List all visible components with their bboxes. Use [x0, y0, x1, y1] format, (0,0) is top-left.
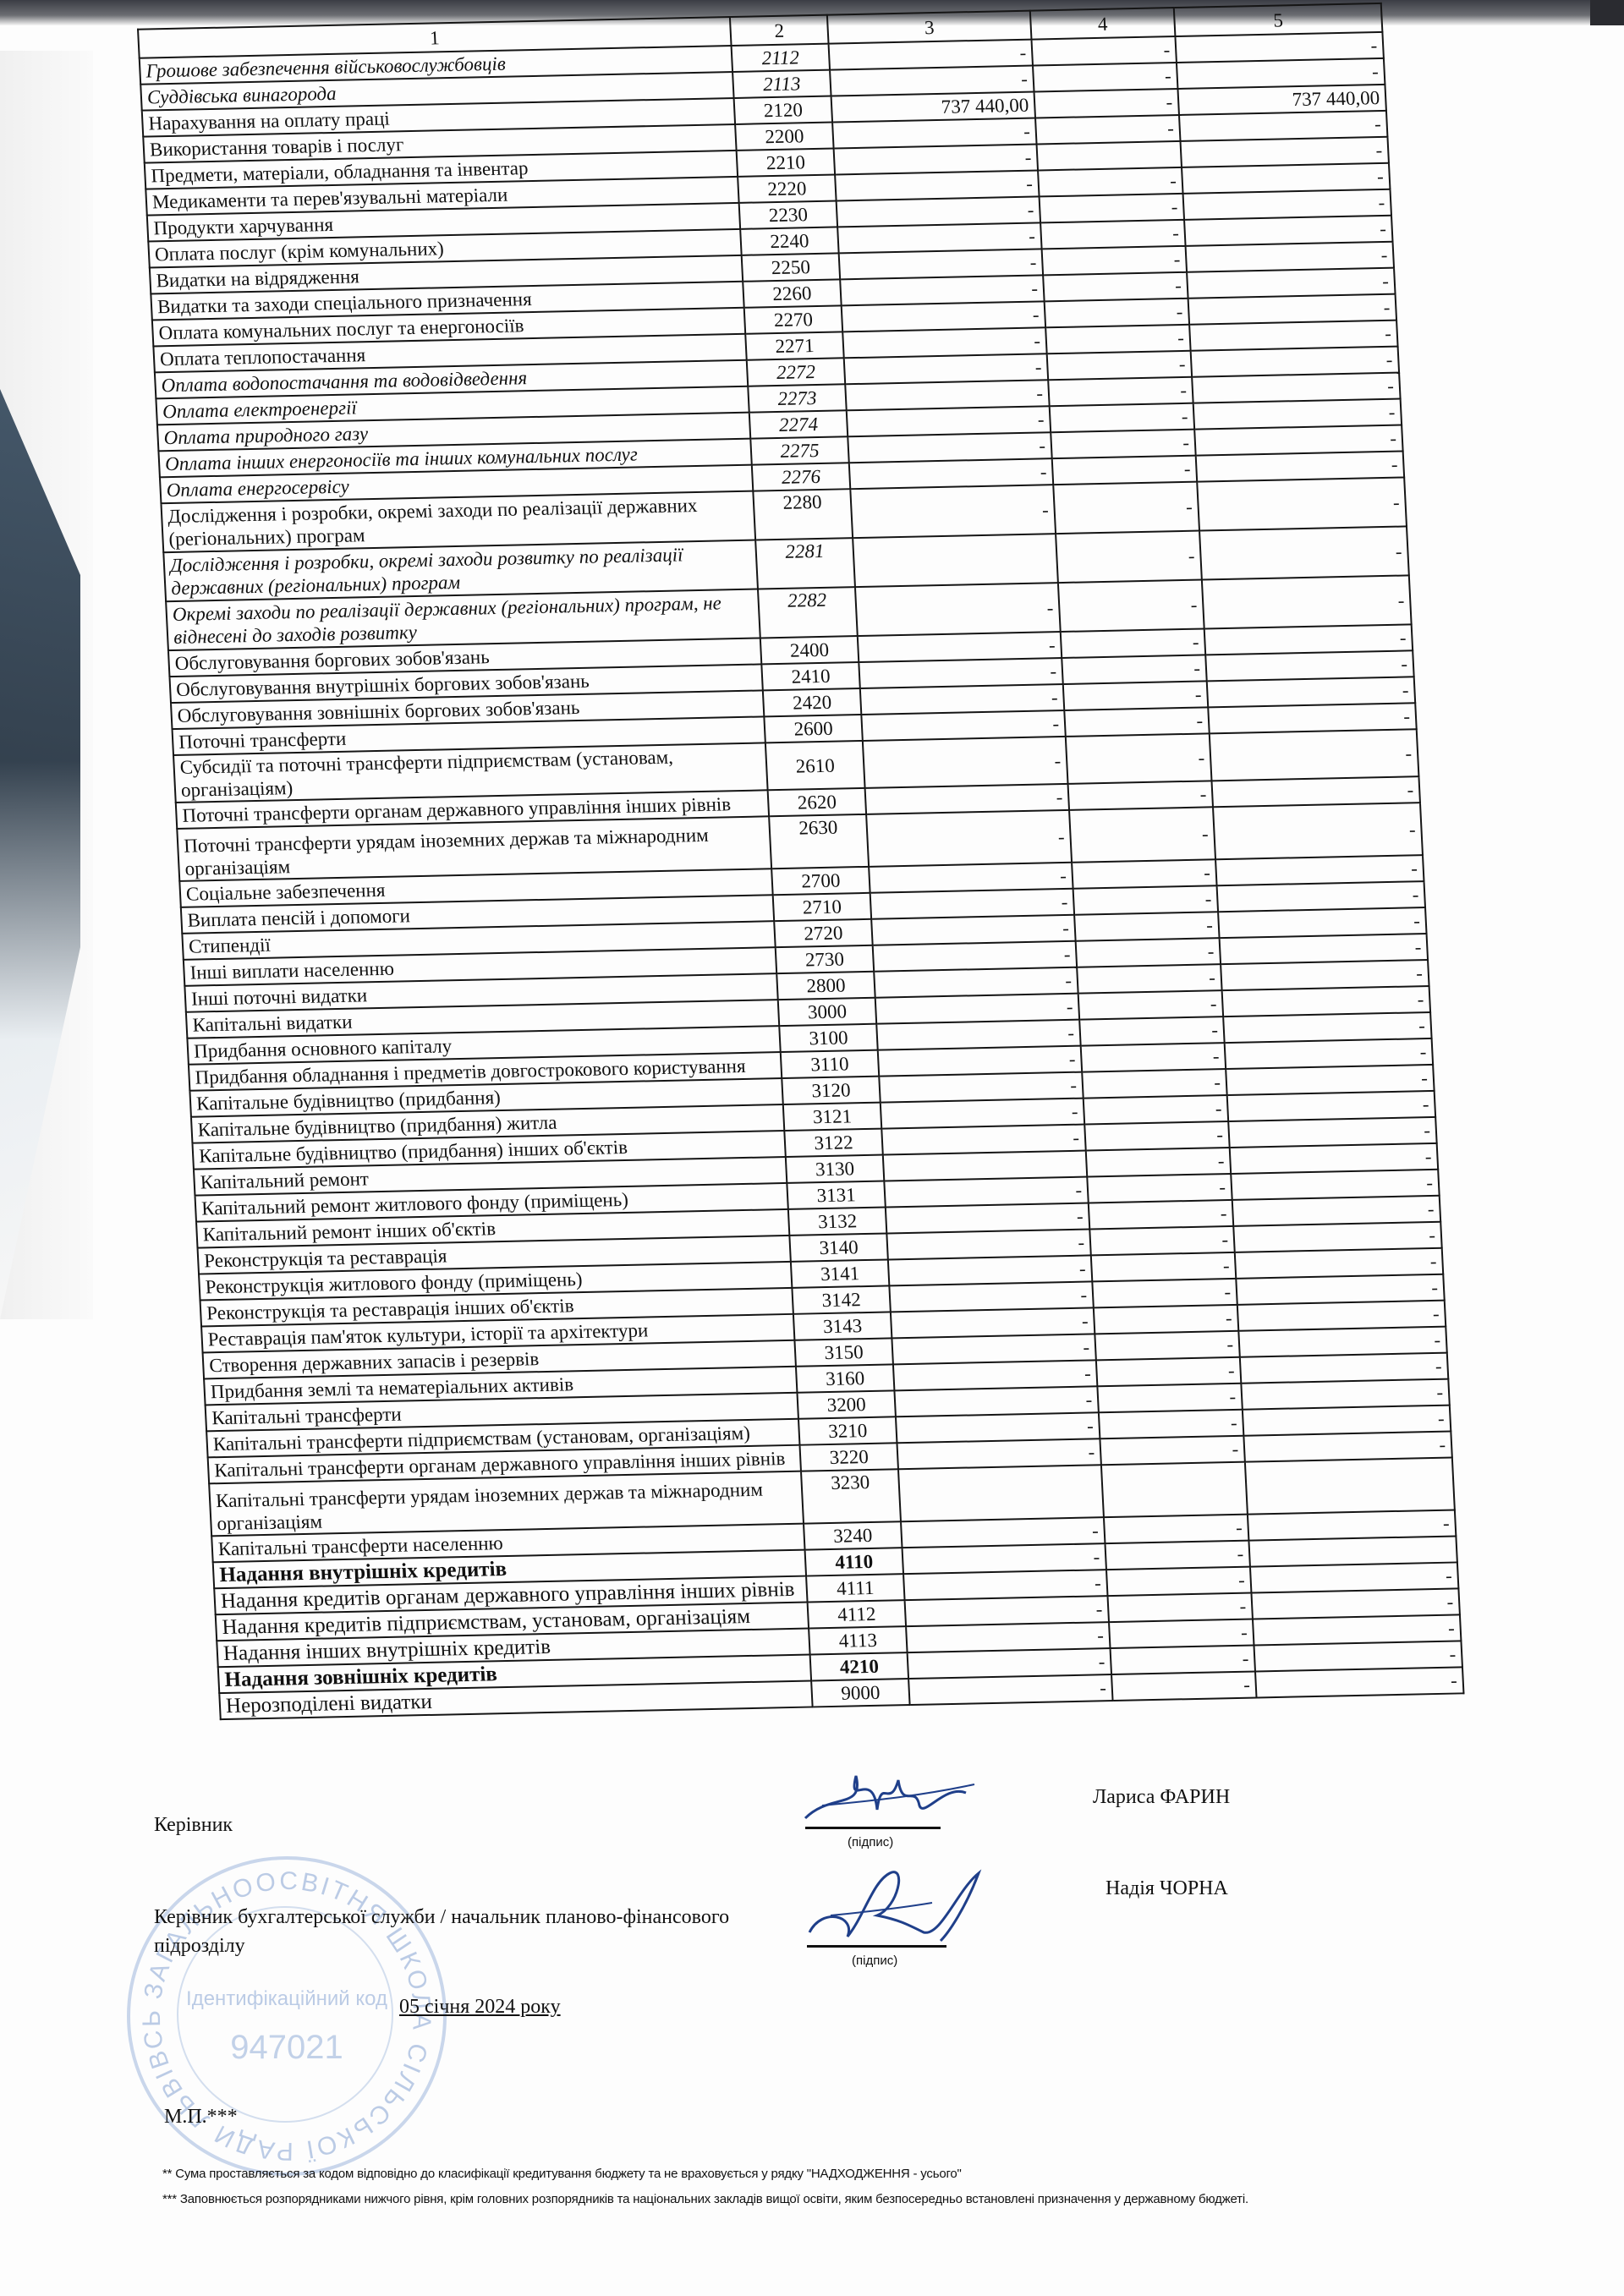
row-value-col5: -: [1251, 1588, 1459, 1619]
row-value-col3: -: [903, 1570, 1107, 1600]
row-code: 3143: [793, 1312, 892, 1340]
row-code: 2274: [749, 410, 848, 438]
row-code: 3240: [804, 1521, 902, 1549]
accountant-role-label: Керівник бухгалтерської служби / начальн…: [154, 1903, 797, 1960]
row-value-col5: -: [1253, 1614, 1461, 1645]
row-value-col4: -: [1040, 194, 1184, 223]
row-value-col4: -: [1073, 885, 1218, 915]
row-value-col4: -: [1079, 1016, 1224, 1046]
row-value-col3: -: [842, 327, 1046, 358]
row-value-col4: -: [1062, 655, 1206, 684]
row-value-col3: -: [834, 145, 1038, 175]
row-value-col5: -: [1191, 347, 1399, 377]
row-value-col4: -: [1042, 246, 1187, 276]
row-code: 2282: [758, 587, 858, 638]
row-value-col4: -: [1111, 1646, 1255, 1675]
row-value-col5: -: [1193, 399, 1402, 430]
row-value-col5: -: [1204, 624, 1413, 655]
row-value-col5: -: [1250, 1562, 1458, 1592]
row-value-col5: -: [1232, 1196, 1440, 1226]
row-value-col3: -: [874, 967, 1078, 998]
row-value-col3: -: [866, 810, 1072, 867]
row-value-col3: -: [897, 1438, 1100, 1469]
row-code: 3000: [778, 998, 876, 1026]
row-code: 4210: [810, 1652, 908, 1680]
row-value-col4: -: [1066, 733, 1212, 784]
row-value-col4: -: [1051, 430, 1195, 459]
row-value-col4: -: [1087, 1174, 1232, 1203]
row-code: 3150: [794, 1338, 892, 1366]
row-value-col3: -: [845, 380, 1049, 410]
row-value-col4: -: [1089, 1226, 1234, 1256]
row-value-col5: [1245, 1458, 1455, 1515]
row-value-col3: -: [894, 1386, 1098, 1417]
row-code: 2275: [750, 436, 848, 464]
row-value-col3: -: [908, 1648, 1111, 1679]
row-value-col3: -: [847, 406, 1051, 436]
row-value-col4: -: [1094, 1305, 1238, 1334]
row-value-col3: -: [884, 1177, 1088, 1208]
row-code: 4113: [809, 1626, 907, 1654]
row-value-col3: -: [837, 196, 1040, 227]
row-code: 2710: [773, 893, 871, 921]
document-date: 05 січня 2024 року: [399, 1996, 561, 2019]
photo-backdrop-corner: [1590, 0, 1624, 25]
row-value-col3: -: [903, 1543, 1106, 1574]
row-value-col4: -: [1104, 1515, 1248, 1544]
row-value-col5: -: [1215, 855, 1424, 885]
row-code: 2800: [776, 972, 875, 1000]
footnote-triple-asterisk: *** Заповнюється розпорядниками нижчого …: [162, 2189, 1414, 2210]
row-value-col5: -: [1189, 321, 1397, 351]
row-value-col5: -: [1231, 1170, 1439, 1200]
row-value-col3: -: [869, 863, 1073, 893]
row-value-col3: -: [875, 994, 1079, 1024]
row-value-col4: -: [1064, 707, 1209, 737]
row-value-col5: -: [1208, 703, 1416, 733]
row-value-col3: -: [878, 1046, 1082, 1077]
row-value-col3: [898, 1465, 1104, 1521]
row-value-col4: -: [1089, 1200, 1233, 1230]
row-code: 2250: [742, 253, 840, 281]
row-value-col3: -: [881, 1099, 1084, 1129]
row-value-col5: -: [1217, 881, 1425, 912]
row-value-col4: -: [1035, 115, 1180, 145]
row-value-col5: -: [1243, 1406, 1451, 1436]
row-value-col3: -: [842, 301, 1045, 332]
row-value-col3: -: [905, 1596, 1109, 1626]
row-code: 3121: [783, 1103, 881, 1131]
row-value-col4: -: [1068, 781, 1213, 810]
row-code: 4110: [805, 1548, 903, 1575]
row-value-col5: -: [1179, 111, 1387, 141]
row-value-col4: [1101, 1462, 1248, 1518]
col-header-5: 5: [1174, 3, 1383, 36]
row-code: 2230: [739, 200, 837, 228]
row-value-col3: -: [871, 915, 1075, 945]
row-value-col4: -: [1063, 681, 1208, 710]
row-value-col4: -: [1072, 859, 1216, 889]
row-value-col5: -: [1237, 1301, 1446, 1331]
row-value-col5: -: [1194, 425, 1402, 456]
row-code: 2700: [771, 867, 870, 895]
row-value-col4: -: [1091, 1252, 1236, 1282]
row-value-col4: -: [1099, 1410, 1243, 1439]
row-value-col4: -: [1031, 36, 1176, 66]
row-value-col5: -: [1226, 1065, 1434, 1095]
row-value-col4: -: [1050, 403, 1194, 433]
row-value-col3: -: [850, 485, 1056, 538]
row-value-col5: -: [1225, 1038, 1433, 1069]
row-value-col5: -: [1182, 163, 1390, 194]
row-code: 2600: [764, 715, 862, 743]
row-value-col3: -: [861, 710, 1065, 741]
row-value-col4: -: [1082, 1069, 1226, 1099]
row-value-col3: -: [901, 1517, 1105, 1548]
row-value-col5: [1248, 1536, 1457, 1566]
row-value-col3: -: [908, 1674, 1112, 1705]
row-value-col4: -: [1109, 1619, 1254, 1649]
head-signature-line: [805, 1827, 941, 1829]
row-value-col4: [1037, 141, 1182, 171]
row-value-col3: -: [844, 353, 1048, 384]
row-value-col5: -: [1211, 776, 1419, 807]
row-value-col4: -: [1058, 580, 1204, 633]
row-value-col4: -: [1097, 1384, 1242, 1413]
row-code: 2271: [745, 332, 843, 359]
row-value-col3: -: [848, 432, 1051, 463]
row-value-col5: -: [1220, 934, 1428, 964]
row-code: 3110: [781, 1050, 879, 1078]
row-value-col4: -: [1056, 531, 1202, 584]
row-value-col4: -: [1078, 990, 1223, 1020]
row-value-col4: -: [1077, 964, 1221, 994]
row-value-col5: -: [1197, 477, 1407, 530]
row-value-col4: -: [1111, 1671, 1256, 1701]
col-header-3: 3: [827, 11, 1032, 44]
head-signature-caption: (підпис): [848, 1835, 893, 1849]
row-value-col5: -: [1223, 1012, 1431, 1043]
row-value-col3: -: [858, 632, 1062, 662]
expenditure-table: 1 2 3 4 5 Грошове забезпечення військово…: [137, 3, 1465, 1720]
row-value-col5: -: [1177, 58, 1385, 89]
row-code: 2620: [768, 788, 866, 816]
row-code: 2220: [738, 175, 836, 203]
row-value-col3: -: [879, 1072, 1083, 1103]
row-value-col3: -: [870, 889, 1074, 919]
row-value-col3: -: [896, 1412, 1100, 1443]
accountant-name: Надія ЧОРНА: [1106, 1877, 1228, 1900]
row-value-col4: -: [1076, 938, 1221, 967]
row-value-col5: -: [1235, 1248, 1443, 1279]
row-code: 4111: [806, 1574, 904, 1602]
row-value-col4: -: [1095, 1331, 1239, 1361]
row-value-col4: -: [1086, 1148, 1231, 1177]
row-code: 3131: [787, 1181, 885, 1209]
accountant-signature: [797, 1856, 991, 1949]
row-code: 3160: [796, 1364, 894, 1392]
table-body: Грошове забезпечення військовослужбовців…: [140, 32, 1464, 1719]
row-value-col4: -: [1048, 377, 1193, 407]
row-code: 3200: [797, 1390, 895, 1418]
row-value-col3: -: [863, 737, 1068, 788]
row-value-col5: -: [1207, 677, 1415, 707]
row-code: 2420: [763, 688, 861, 716]
row-value-col3: -: [888, 1255, 1092, 1285]
row-value-col3: -: [891, 1307, 1095, 1338]
row-value-col4: -: [1092, 1279, 1237, 1308]
row-value-col3: -: [835, 170, 1039, 200]
row-value-col5: -: [1243, 1432, 1451, 1462]
row-value-col3: -: [892, 1334, 1095, 1364]
row-value-col3: -: [855, 583, 1061, 636]
row-code: 3122: [784, 1129, 882, 1157]
row-value-col3: -: [860, 684, 1064, 715]
row-value-col3: -: [859, 658, 1062, 688]
row-code: 9000: [811, 1679, 909, 1707]
row-code: 2276: [752, 463, 850, 490]
row-value-col3: -: [886, 1203, 1089, 1233]
head-role-label: Керівник: [154, 1814, 233, 1837]
row-value-col5: -: [1233, 1222, 1441, 1252]
row-code: 2113: [732, 70, 831, 98]
row-code: 3130: [786, 1155, 884, 1183]
row-code: 3141: [791, 1259, 889, 1287]
row-value-col3: -: [830, 66, 1034, 96]
row-code: 3140: [789, 1233, 887, 1261]
row-value-col5: -: [1222, 986, 1430, 1016]
row-value-col5: -: [1180, 137, 1388, 167]
row-code: 2280: [753, 489, 853, 540]
row-value-col4: -: [1084, 1095, 1228, 1125]
row-code: 2281: [755, 538, 855, 589]
row-value-col4: -: [1096, 1357, 1241, 1387]
row-value-col4: -: [1107, 1593, 1252, 1623]
row-value-col4: -: [1034, 89, 1179, 118]
head-name: Лариса ФАРИН: [1093, 1786, 1230, 1809]
row-value-col3: -: [889, 1281, 1093, 1312]
row-value-col5: -: [1192, 373, 1400, 403]
row-value-col3: -: [839, 249, 1043, 279]
row-value-col3: -: [837, 222, 1041, 253]
signature-block: Керівник (підпис) Лариса ФАРИН Керівник …: [154, 1767, 1473, 2292]
row-value-col4: -: [1069, 807, 1215, 863]
row-value-col4: -: [1105, 1541, 1249, 1570]
row-value-col3: -: [876, 1020, 1080, 1050]
row-value-col4: -: [1081, 1043, 1226, 1072]
row-value-col5: -: [1186, 242, 1394, 272]
row-value-col3: -: [906, 1622, 1110, 1652]
row-value-col5: -: [1240, 1353, 1448, 1384]
row-code: 3142: [792, 1285, 890, 1313]
row-value-col5: -: [1199, 526, 1409, 579]
row-value-col5: -: [1228, 1117, 1436, 1148]
row-code: 2630: [769, 814, 869, 869]
row-value-col5: -: [1230, 1143, 1438, 1174]
row-value-col4: -: [1038, 167, 1182, 197]
row-code: 2272: [747, 358, 845, 386]
row-value-col5: -: [1241, 1379, 1449, 1410]
row-value-col3: -: [840, 275, 1044, 305]
row-value-col4: -: [1043, 272, 1188, 302]
accountant-signature-line: [807, 1945, 946, 1948]
row-value-col5: -: [1210, 729, 1419, 781]
row-value-col5: -: [1218, 907, 1426, 938]
row-value-col3: -: [829, 40, 1033, 70]
seal-placeholder: М.П.***: [164, 2106, 238, 2129]
row-value-col4: -: [1045, 325, 1190, 354]
row-code: 3220: [799, 1443, 897, 1471]
row-value-col3: -: [849, 458, 1053, 489]
accountant-signature-caption: (підпис): [852, 1954, 897, 1968]
row-value-col4: -: [1047, 351, 1192, 381]
row-code: 2210: [737, 149, 835, 177]
row-code: 2400: [760, 636, 859, 664]
row-value-col3: -: [881, 1125, 1085, 1155]
row-value-col5: -: [1188, 294, 1396, 325]
row-value-col3: -: [873, 941, 1077, 972]
row-value-col5: -: [1213, 803, 1423, 859]
row-code: 4112: [808, 1600, 906, 1628]
row-value-col4: -: [1106, 1567, 1251, 1597]
row-code: 2270: [744, 305, 842, 333]
row-code: 2200: [735, 123, 833, 151]
row-value-col3: -: [893, 1360, 1097, 1390]
row-value-col4: -: [1100, 1436, 1244, 1466]
row-value-col4: -: [1033, 63, 1177, 92]
footnote-double-asterisk: ** Сума проставляється за кодом відповід…: [162, 2167, 962, 2181]
row-value-col3: 737 440,00: [831, 92, 1035, 123]
row-code: 2120: [734, 96, 832, 124]
row-value-col4: -: [1045, 299, 1189, 328]
row-value-col5: 737 440,00: [1177, 85, 1385, 115]
row-value-col3: -: [865, 784, 1069, 814]
col-header-4: 4: [1030, 8, 1176, 40]
row-value-col5: -: [1255, 1667, 1463, 1697]
row-value-col5: -: [1221, 960, 1429, 990]
row-value-col3: -: [886, 1229, 1090, 1259]
row-code: 3230: [801, 1469, 901, 1523]
row-code: 3210: [798, 1417, 897, 1444]
row-value-col5: -: [1187, 268, 1395, 299]
row-code: 2112: [732, 44, 830, 72]
row-value-col4: -: [1052, 456, 1197, 485]
col-header-2: 2: [730, 15, 829, 46]
row-value-col3: [883, 1151, 1087, 1181]
row-value-col4: -: [1074, 912, 1219, 941]
row-value-col4: -: [1061, 628, 1205, 658]
row-value-col5: -: [1196, 452, 1404, 482]
row-value-col5: -: [1254, 1641, 1462, 1671]
row-value-col5: -: [1236, 1274, 1444, 1305]
row-value-col5: -: [1202, 575, 1412, 628]
row-code: 2273: [748, 384, 846, 412]
row-code: 3132: [788, 1208, 886, 1236]
row-value-col5: -: [1248, 1510, 1456, 1541]
row-value-col5: -: [1205, 650, 1413, 681]
row-code: 2260: [743, 279, 841, 307]
row-value-col3: -: [832, 118, 1036, 149]
row-code: 2240: [740, 227, 838, 255]
row-value-col5: -: [1183, 189, 1391, 220]
row-value-col4: -: [1053, 482, 1199, 534]
row-code: 3120: [782, 1077, 880, 1104]
row-value-col4: -: [1084, 1121, 1229, 1151]
row-value-col3: [853, 534, 1058, 587]
row-value-col5: -: [1227, 1091, 1435, 1121]
row-value-col4: -: [1040, 220, 1185, 249]
row-code: 2410: [761, 662, 859, 690]
row-value-col5: -: [1184, 216, 1392, 246]
row-code: 2730: [776, 945, 874, 973]
row-value-col5: -: [1238, 1327, 1446, 1357]
row-value-col5: -: [1175, 32, 1383, 63]
head-signature: [797, 1759, 983, 1835]
row-code: 2720: [774, 919, 872, 947]
row-code: 3100: [779, 1024, 877, 1052]
row-code: 2610: [765, 741, 865, 790]
